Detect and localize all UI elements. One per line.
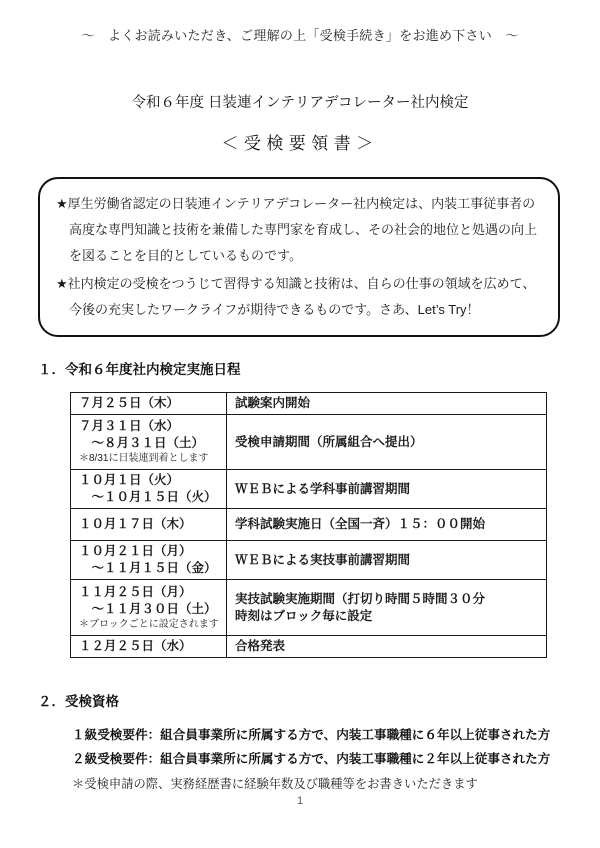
date-text: ７月３１日（水） — [79, 418, 220, 435]
content-cell: 合格発表 — [227, 636, 547, 658]
content-cell: ＷＥＢによる学科事前講習期間 — [227, 470, 547, 509]
date-note: ＊8/31に日装連到着とします — [79, 452, 220, 466]
event-text: ＷＥＢによる実技事前講習期間 — [235, 552, 540, 569]
date-cell: ７月２５日（木） — [71, 393, 227, 415]
schedule-table: ７月２５日（木） 試験案内開始 ７月３１日（水） ～８月３１日（土） ＊8/31… — [70, 392, 547, 658]
table-row: １１月２５日（月） ～１１月３０日（土） ＊ブロックごとに設定されます 実技試験… — [71, 580, 547, 636]
date-cell: １１月２５日（月） ～１１月３０日（土） ＊ブロックごとに設定されます — [71, 580, 227, 636]
date-text: １０月２１日（月） — [79, 543, 220, 560]
date-text: ～８月３１日（土） — [79, 435, 220, 452]
schedule-section-heading: １．令和６年度社内検定実施日程 — [38, 358, 600, 378]
intro-point-2: ★社内検定の受検をつうじて習得する知識と技術は、自らの仕事の領域を広めて、今後の… — [56, 271, 548, 323]
content-cell: 受検申請期間（所属組合へ提出） — [227, 415, 547, 470]
date-text: １０月１日（火） — [79, 472, 220, 489]
date-cell: ７月３１日（水） ～８月３１日（土） ＊8/31に日装連到着とします — [71, 415, 227, 470]
intro-box: ★厚生労働省認定の日装連インテリアデコレーター社内検定は、内装工事従事者の高度な… — [38, 177, 560, 337]
date-text: １０月１７日（木） — [79, 516, 220, 533]
eligibility-section-heading: ２．受検資格 — [38, 690, 600, 710]
content-cell: ＷＥＢによる実技事前講習期間 — [227, 541, 547, 580]
document-title: 令和６年度 日装連インテリアデコレーター社内検定 — [0, 91, 600, 112]
date-text: ～１０月１５日（火） — [79, 489, 220, 506]
table-row: １０月２１日（月） ～１１月１５日（金） ＷＥＢによる実技事前講習期間 — [71, 541, 547, 580]
table-row: ７月３１日（水） ～８月３１日（土） ＊8/31に日装連到着とします 受検申請期… — [71, 415, 547, 470]
date-cell: １０月１７日（木） — [71, 509, 227, 541]
date-text: ～１１月３０日（土） — [79, 601, 220, 618]
top-note: ～ よくお読みいただき、ご理解の上「受検手続き」をお進め下さい ～ — [0, 25, 600, 44]
event-text: 試験案内開始 — [235, 395, 540, 412]
content-cell: 実技試験実施期間（打切り時間５時間３０分 時刻はブロック毎に設定 — [227, 580, 547, 636]
table-row: １０月１日（火） ～１０月１５日（火） ＷＥＢによる学科事前講習期間 — [71, 470, 547, 509]
event-text: 学科試験実施日（全国一斉）１５：００開始 — [235, 516, 540, 533]
document-subtitle: ＜受検要領書＞ — [0, 129, 600, 154]
event-text: 合格発表 — [235, 638, 540, 655]
intro-point-1: ★厚生労働省認定の日装連インテリアデコレーター社内検定は、内装工事従事者の高度な… — [56, 191, 548, 269]
date-cell: １０月２１日（月） ～１１月１５日（金） — [71, 541, 227, 580]
date-text: １１月２５日（月） — [79, 584, 220, 601]
event-text: 時刻はブロック毎に設定 — [235, 608, 540, 625]
eligibility-note: ＊受検申請の際、実務経歴書に経験年数及び職種等をお書きいただきます — [72, 772, 600, 796]
event-text: 実技試験実施期間（打切り時間５時間３０分 — [235, 591, 540, 608]
page-number: 1 — [0, 795, 600, 807]
content-cell: 試験案内開始 — [227, 393, 547, 415]
event-text: 受検申請期間（所属組合へ提出） — [235, 434, 540, 451]
date-note: ＊ブロックごとに設定されます — [79, 618, 220, 632]
eligibility-requirement-2: ２級受検要件：組合員事業所に所属する方で、内装工事職種に２年以上従事された方 — [72, 747, 600, 771]
document-page: ～ よくお読みいただき、ご理解の上「受検手続き」をお進め下さい ～ 令和６年度 … — [0, 0, 600, 848]
date-text: ～１１月１５日（金） — [79, 560, 220, 577]
content-cell: 学科試験実施日（全国一斉）１５：００開始 — [227, 509, 547, 541]
date-cell: １２月２５日（水） — [71, 636, 227, 658]
date-text: ７月２５日（木） — [79, 395, 220, 412]
date-text: １２月２５日（水） — [79, 638, 220, 655]
table-row: １０月１７日（木） 学科試験実施日（全国一斉）１５：００開始 — [71, 509, 547, 541]
table-row: ７月２５日（木） 試験案内開始 — [71, 393, 547, 415]
table-row: １２月２５日（水） 合格発表 — [71, 636, 547, 658]
eligibility-requirement-1: １級受検要件：組合員事業所に所属する方で、内装工事職種に６年以上従事された方 — [72, 723, 600, 747]
date-cell: １０月１日（火） ～１０月１５日（火） — [71, 470, 227, 509]
event-text: ＷＥＢによる学科事前講習期間 — [235, 481, 540, 498]
